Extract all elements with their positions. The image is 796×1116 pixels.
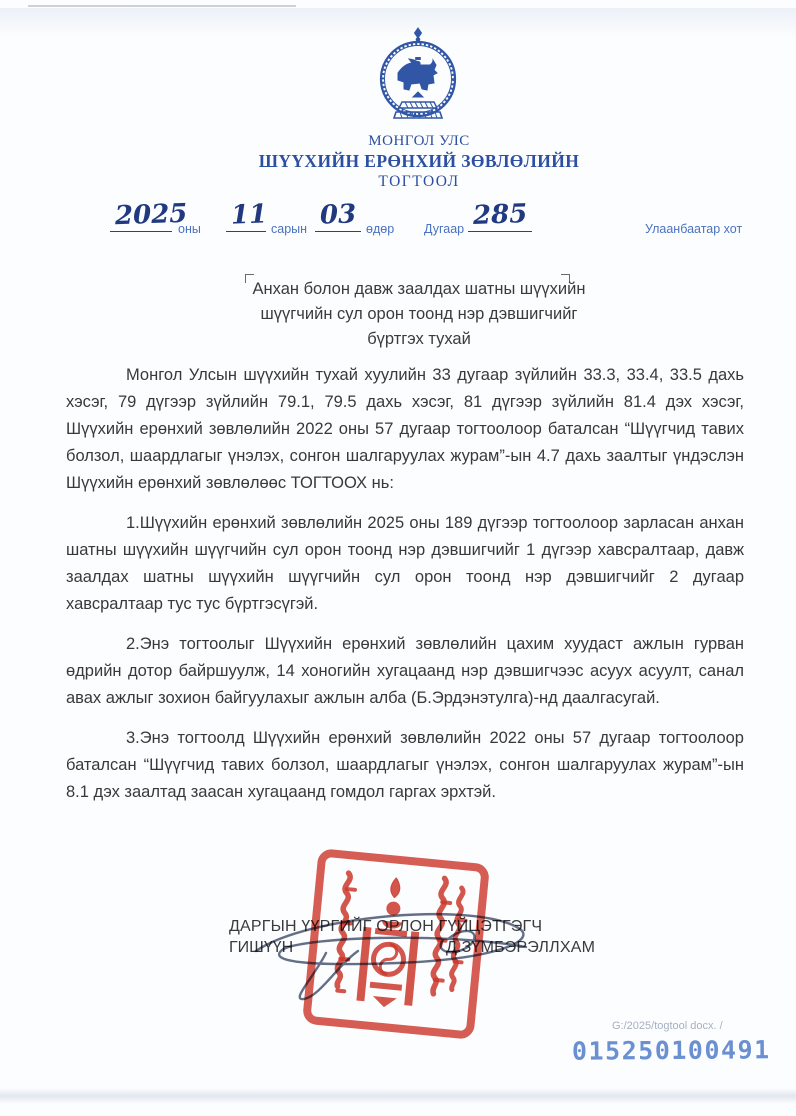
letterhead: МОНГОЛ УЛС ШҮҮХИЙН ЕРӨНХИЙ ЗӨВЛӨЛИЙН ТОГ… <box>42 133 796 191</box>
month-field: 11 <box>226 202 266 232</box>
clause-1-paragraph: 1.Шүүхийн ерөнхий зөвлөлийн 2025 оны 189… <box>66 510 744 618</box>
document-title: Анхан болон давж заалдах шатны шүүхийн ш… <box>42 277 796 352</box>
year-label: оны <box>178 222 201 236</box>
day-handwritten: 03 <box>320 201 357 228</box>
clause-3-paragraph: 3.Энэ тогтоолд Шүүхийн ерөнхий зөвлөлийн… <box>66 725 744 806</box>
number-handwritten: 285 <box>473 201 528 229</box>
number-field: 285 <box>468 202 532 232</box>
handwritten-signature-icon <box>238 893 548 1008</box>
day-field: 03 <box>315 202 361 232</box>
organization-name: ШҮҮХИЙН ЕРӨНХИЙ ЗӨВЛӨЛИЙН <box>42 151 796 172</box>
scanned-document-page: МОНГОЛ УЛС ШҮҮХИЙН ЕРӨНХИЙ ЗӨВЛӨЛИЙН ТОГ… <box>0 0 796 1116</box>
scan-artifact-band-bottom <box>0 1088 796 1104</box>
file-path-note: G:/2025/togtool docx. / <box>612 1020 723 1032</box>
preamble-paragraph: Монгол Улсын шүүхийн тухай хуулийн 33 ду… <box>66 362 744 497</box>
scan-artifact-line <box>28 5 296 7</box>
title-line-1: Анхан болон давж заалдах шатны шүүхийн <box>42 277 796 302</box>
number-label: Дугаар <box>424 222 464 236</box>
month-label: сарын <box>271 222 307 236</box>
month-handwritten: 11 <box>231 201 268 228</box>
title-line-3: бүртгэх тухай <box>42 327 796 352</box>
registration-stamp-number: 015250100491 <box>572 1035 771 1065</box>
document-body: Монгол Улсын шүүхийн тухай хуулийн 33 ду… <box>66 362 744 819</box>
title-line-2: шүүгчийн сул орон тоонд нэр дэвшигчийг <box>42 302 796 327</box>
year-handwritten: 2025 <box>115 201 188 230</box>
city-label: Улаанбаатар хот <box>645 222 742 236</box>
mongolia-state-emblem-icon <box>372 27 464 125</box>
day-label: өдөр <box>366 222 394 236</box>
date-number-row: 2025 оны 11 сарын 03 өдөр Дугаар 285 Ула… <box>0 200 796 244</box>
clause-2-paragraph: 2.Энэ тогтоолыг Шүүхийн ерөнхий зөвлөлий… <box>66 631 744 712</box>
year-field: 2025 <box>110 202 172 232</box>
document-type: ТОГТООЛ <box>42 173 796 191</box>
country-name: МОНГОЛ УЛС <box>42 133 796 150</box>
